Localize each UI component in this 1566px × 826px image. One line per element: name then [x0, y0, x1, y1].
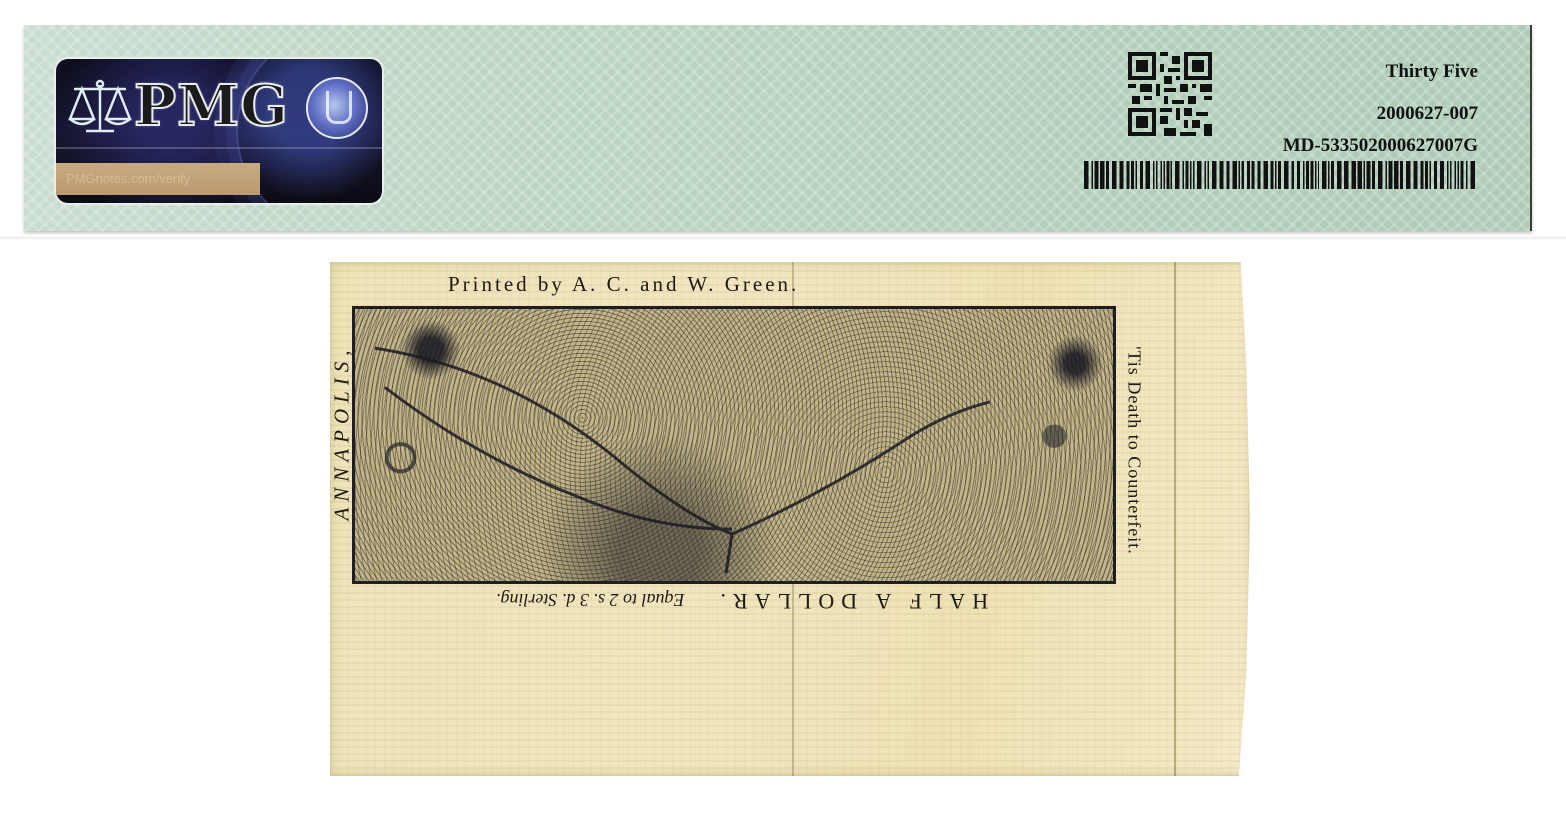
pmg-label: PMG PMGnotes.com/verify PNG Thirty Five … [24, 25, 1532, 231]
qr-code-icon [1128, 52, 1212, 136]
printer-imprint: Printed by A. C. and W. Green. [448, 272, 799, 297]
counterfeit-warning: 'Tis Death to Counterfeit. [1124, 286, 1145, 616]
hologram-seal-icon [306, 77, 368, 139]
denomination-value: HALF A DOLLAR. [713, 589, 988, 614]
denomination-line: HALF A DOLLAR. Equal to 2 s. 3 d. Sterli… [392, 588, 1092, 614]
holder-edge [0, 237, 1566, 240]
pmg-hologram: PMG PMGnotes.com/verify PNG [56, 59, 382, 203]
banknote: Printed by A. C. and W. Green. ANNAPOLIS… [330, 262, 1250, 776]
denomination-text: Thirty Five [1386, 61, 1478, 83]
hologram-divider [56, 147, 382, 149]
barcode-icon [1084, 161, 1478, 189]
sterling-equivalent: Equal to 2 s. 3 d. Sterling. [496, 590, 685, 610]
catalog-number: MD-533502000627007G [1283, 135, 1478, 157]
pmg-logo: PMG [134, 73, 289, 139]
right-fold [1174, 262, 1176, 776]
city-side-text: ANNAPOLIS, [330, 283, 355, 583]
engraved-vignette [352, 306, 1116, 584]
scales-of-justice-icon [66, 79, 134, 137]
certification-number: 2000627-007 [1377, 103, 1478, 125]
verification-strip: PMGnotes.com/verify [56, 163, 260, 195]
